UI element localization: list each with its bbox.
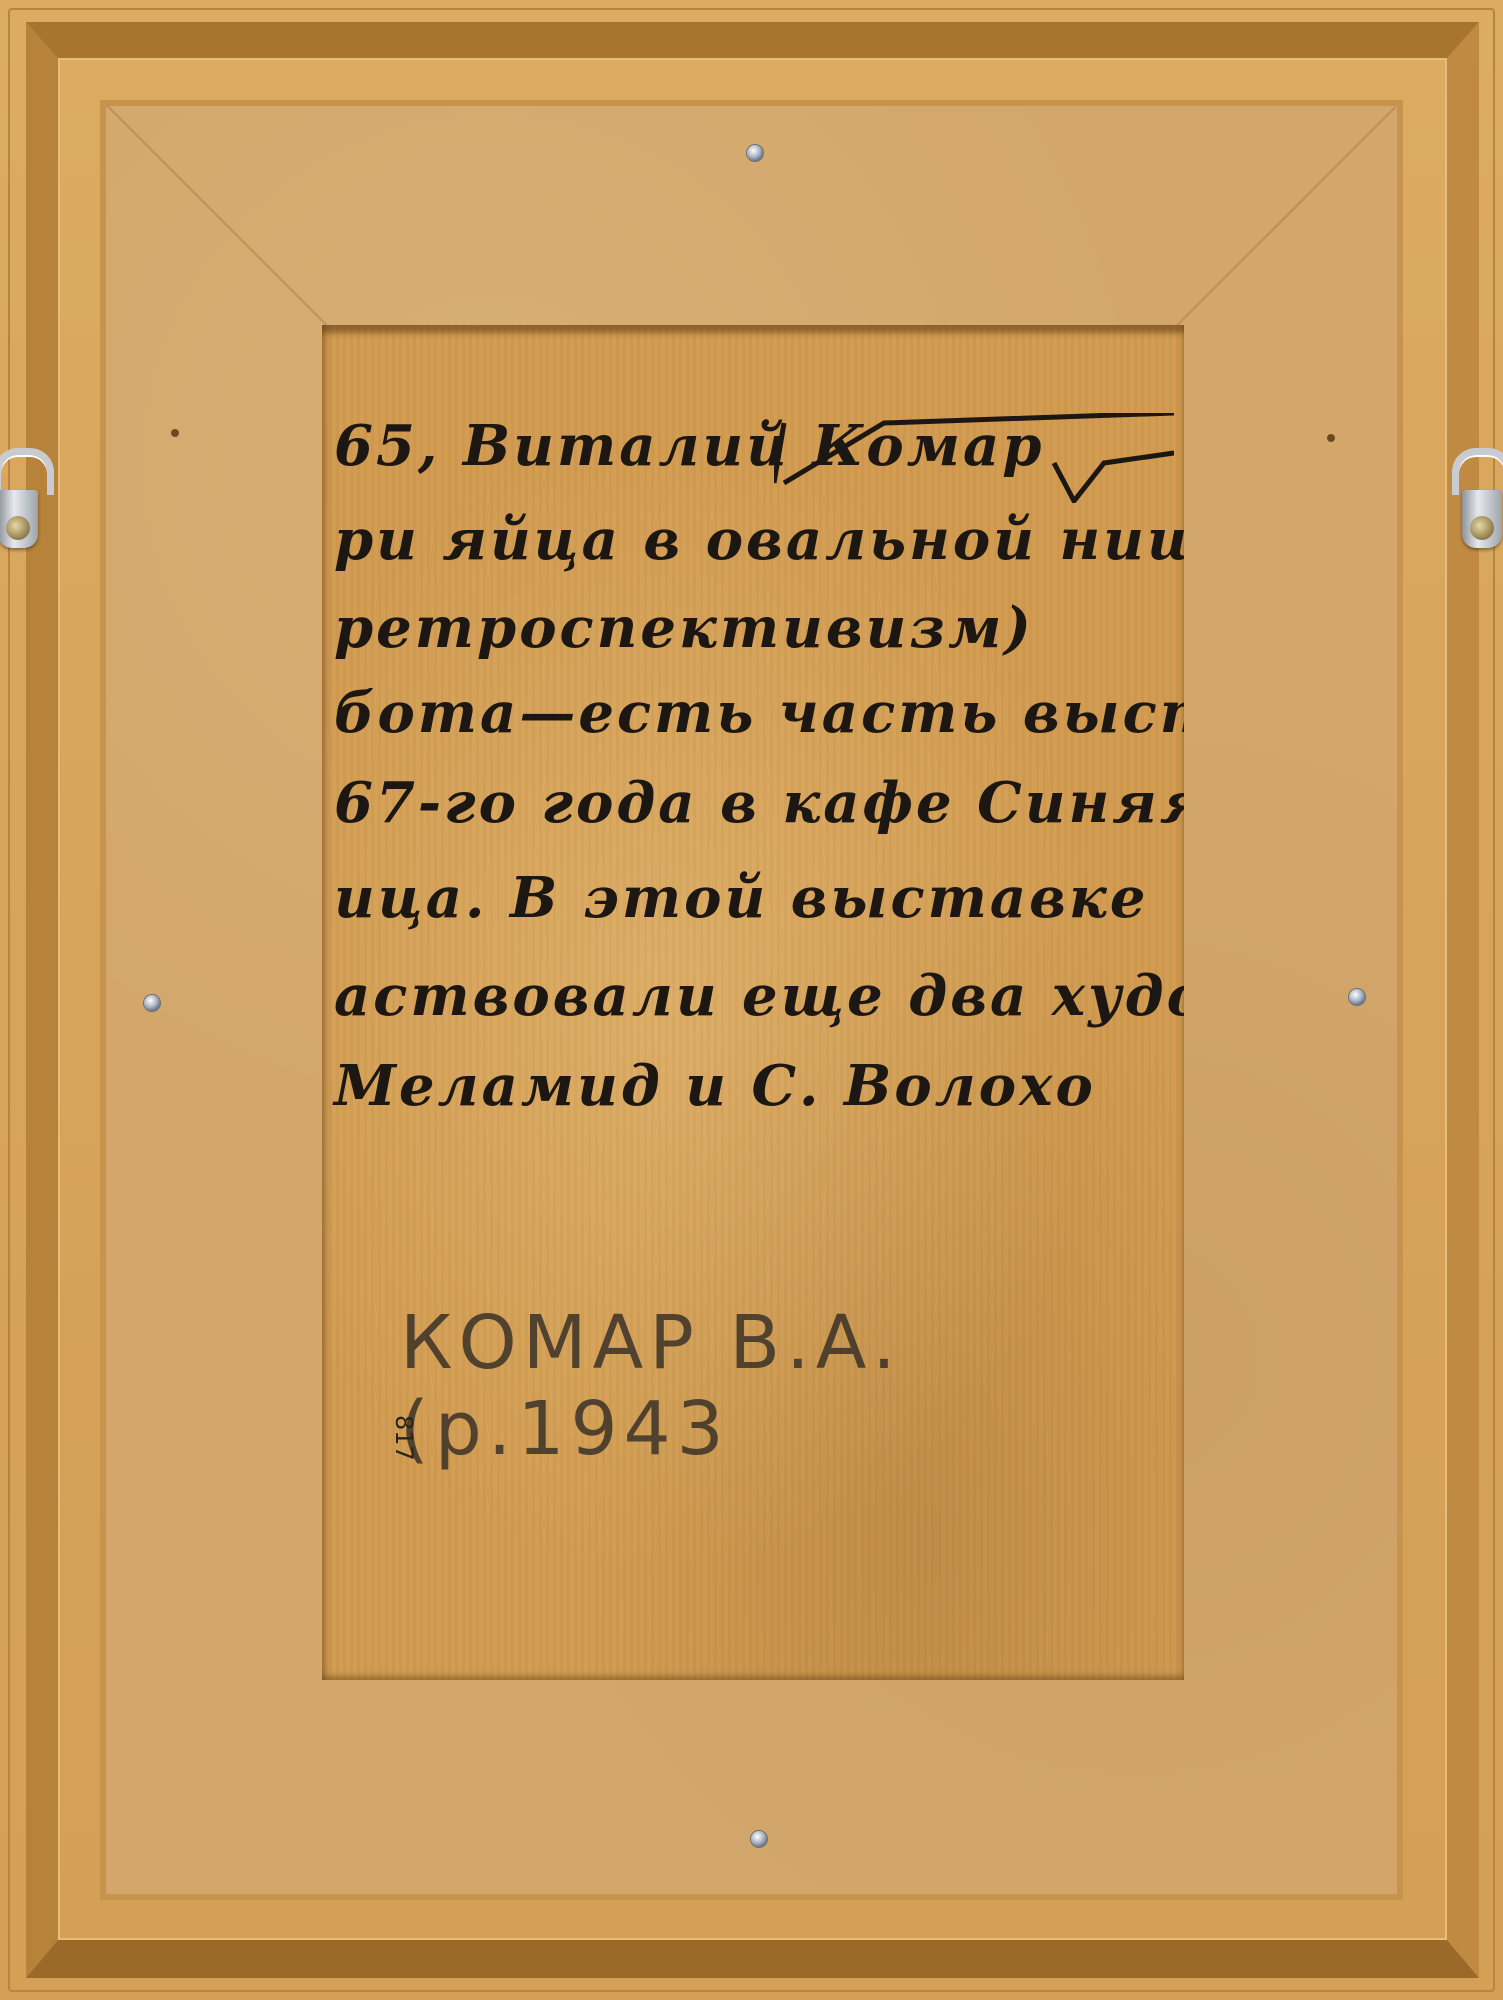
inscription-line: ица. В этой выставке — [334, 865, 1148, 931]
hanger-bolt-icon — [1470, 516, 1494, 540]
nail-hole — [171, 429, 179, 437]
plywood-panel: 65, Виталий Комар ри яйца в овальной ниш… — [322, 325, 1184, 1680]
inscription-line: бота—есть часть выставк — [334, 680, 1184, 746]
pencil-signature: КОМАР В.А. (р.1943 — [400, 1300, 1184, 1472]
nail-hole — [1327, 434, 1335, 442]
screw-icon — [747, 145, 763, 161]
signature-flourish-icon — [774, 413, 1174, 503]
d-ring-icon — [1452, 448, 1503, 495]
d-ring-hanger-right — [1452, 448, 1503, 558]
inscription-line: ретроспективизм) — [334, 595, 1034, 661]
d-ring-icon — [0, 448, 54, 495]
screw-icon — [751, 1831, 767, 1847]
screw-icon — [144, 995, 160, 1011]
picture-frame: 65, Виталий Комар ри яйца в овальной ниш… — [0, 0, 1503, 2000]
inventory-number: 817 — [390, 1415, 418, 1461]
inscription-line: ри яйца в овальной ниш — [334, 507, 1184, 573]
inscription-line: Меламид и С. Волохо — [334, 1053, 1096, 1119]
screw-icon — [1349, 989, 1365, 1005]
inscription-line: аствовали еще два худож — [334, 963, 1184, 1029]
d-ring-hanger-left — [0, 448, 64, 558]
hanger-bolt-icon — [6, 516, 30, 540]
inscription-line: 67-го года в кафе Синяя — [334, 770, 1184, 836]
